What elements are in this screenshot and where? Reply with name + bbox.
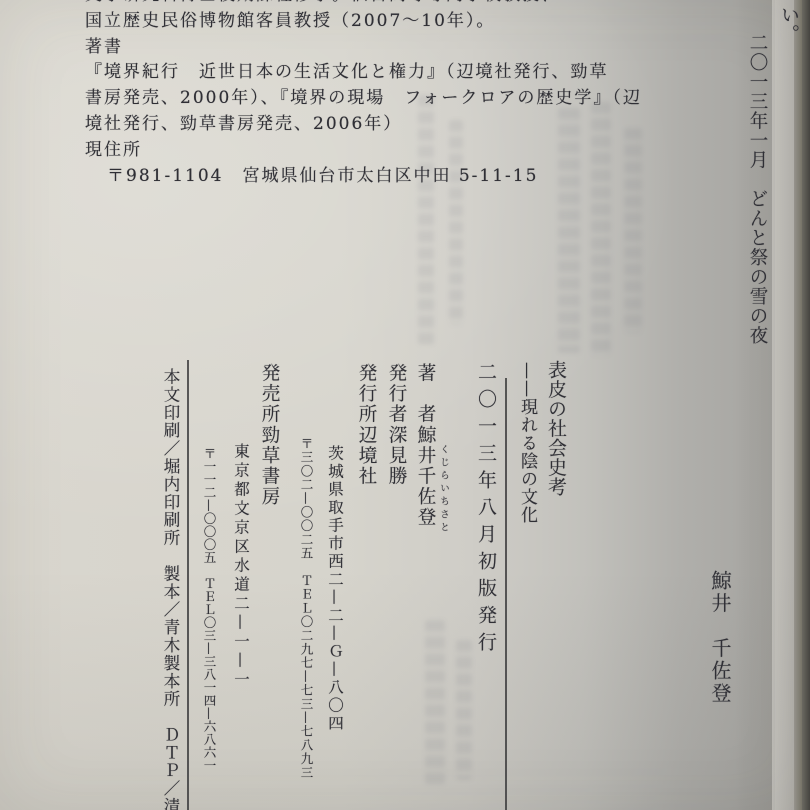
afterword-author-name: 鯨井 千佐登 xyxy=(706,570,735,705)
bio-address-line: 〒981-1104 宮城県仙台市太白区中田 5-11-15 xyxy=(85,164,685,190)
afterword-sentence-fragment: い。 xyxy=(776,5,803,43)
colophon-publishing-office-column: 発行所辺境社 xyxy=(353,363,379,486)
publisher-name: 深見勝 xyxy=(386,425,407,487)
sales-office-label: 発売所 xyxy=(259,363,280,425)
colophon-book-title: 表皮の社会史考 xyxy=(543,360,570,497)
bio-works-label: 著書 xyxy=(85,35,685,61)
publishing-office-postal-tel: 〒三〇二—〇〇二五 ＴＥＬ〇二九七—七三—七八九三 xyxy=(297,437,315,780)
colophon-left-rule xyxy=(187,360,189,810)
sales-office-name: 勁草書房 xyxy=(259,425,280,507)
publisher-label: 発行者 xyxy=(386,363,407,425)
colophon-sales-office-column: 発売所勁草書房 xyxy=(256,363,282,507)
colophon-author-column: 著 者鯨井千佐登 xyxy=(412,363,438,527)
author-bio-block: 文学研究科博士後期課程修了。仙台高等専門学校教授、 国立歴史民俗博物館客員教授（… xyxy=(85,0,685,189)
sales-office-address: 東京都文京区水道二—一—一 xyxy=(230,443,252,690)
colophon-publisher-column: 発行者深見勝 xyxy=(383,363,409,486)
author-furigana: くじらいちさと xyxy=(436,444,450,535)
page-edge-band xyxy=(794,0,802,810)
page-edge-dark-band xyxy=(802,0,810,810)
bio-museum-line: 国立歴史民俗博物館客員教授（2007～10年）。 xyxy=(85,9,685,35)
printing-binding-dtp-line: 本文印刷／堀内印刷所 製本／青木製本所 ＤＴＰ／清 xyxy=(158,368,182,810)
publishing-office-address: 茨城県取手市西二—二—Ｇ—八〇四 xyxy=(324,445,346,733)
colophon-book-subtitle: ——現れる陰の文化 xyxy=(515,362,540,524)
author-label: 著 者 xyxy=(415,363,436,425)
page-curve-highlight xyxy=(772,0,794,810)
bio-degree-line-partial: 文学研究科博士後期課程修了。仙台高等専門学校教授、 xyxy=(85,0,685,9)
bio-works-line-1: 『境界紀行 近世日本の生活文化と権力』（辺境社発行、勁草 xyxy=(85,60,685,86)
book-page-photo: 文学研究科博士後期課程修了。仙台高等専門学校教授、 国立歴史民俗博物館客員教授（… xyxy=(0,0,810,810)
sales-office-postal-tel: 〒一一二—〇〇〇五 ＴＥＬ〇三—三八一四—六八六一 xyxy=(200,447,218,772)
colophon-right-rule xyxy=(505,378,507,810)
afterword-date-line: 二〇一三年一月 どんと祭の雪の夜 xyxy=(744,33,770,345)
bio-works-line-2: 書房発売、2000年）、『境界の現場 フォークロアの歴史学』（辺 xyxy=(85,86,685,112)
bleedthrough-ghost-column xyxy=(456,640,472,780)
bio-works-line-3: 境社発行、勁草書房発売、2006年） xyxy=(85,112,685,138)
bleedthrough-ghost-column xyxy=(425,620,445,785)
publishing-office-label: 発行所 xyxy=(356,363,377,425)
colophon-edition-date: 二〇一三年八月初版発行 xyxy=(473,362,500,659)
author-name: 鯨井千佐登 xyxy=(415,425,436,528)
bio-address-label: 現住所 xyxy=(85,138,685,164)
publishing-office-name: 辺境社 xyxy=(356,425,377,487)
